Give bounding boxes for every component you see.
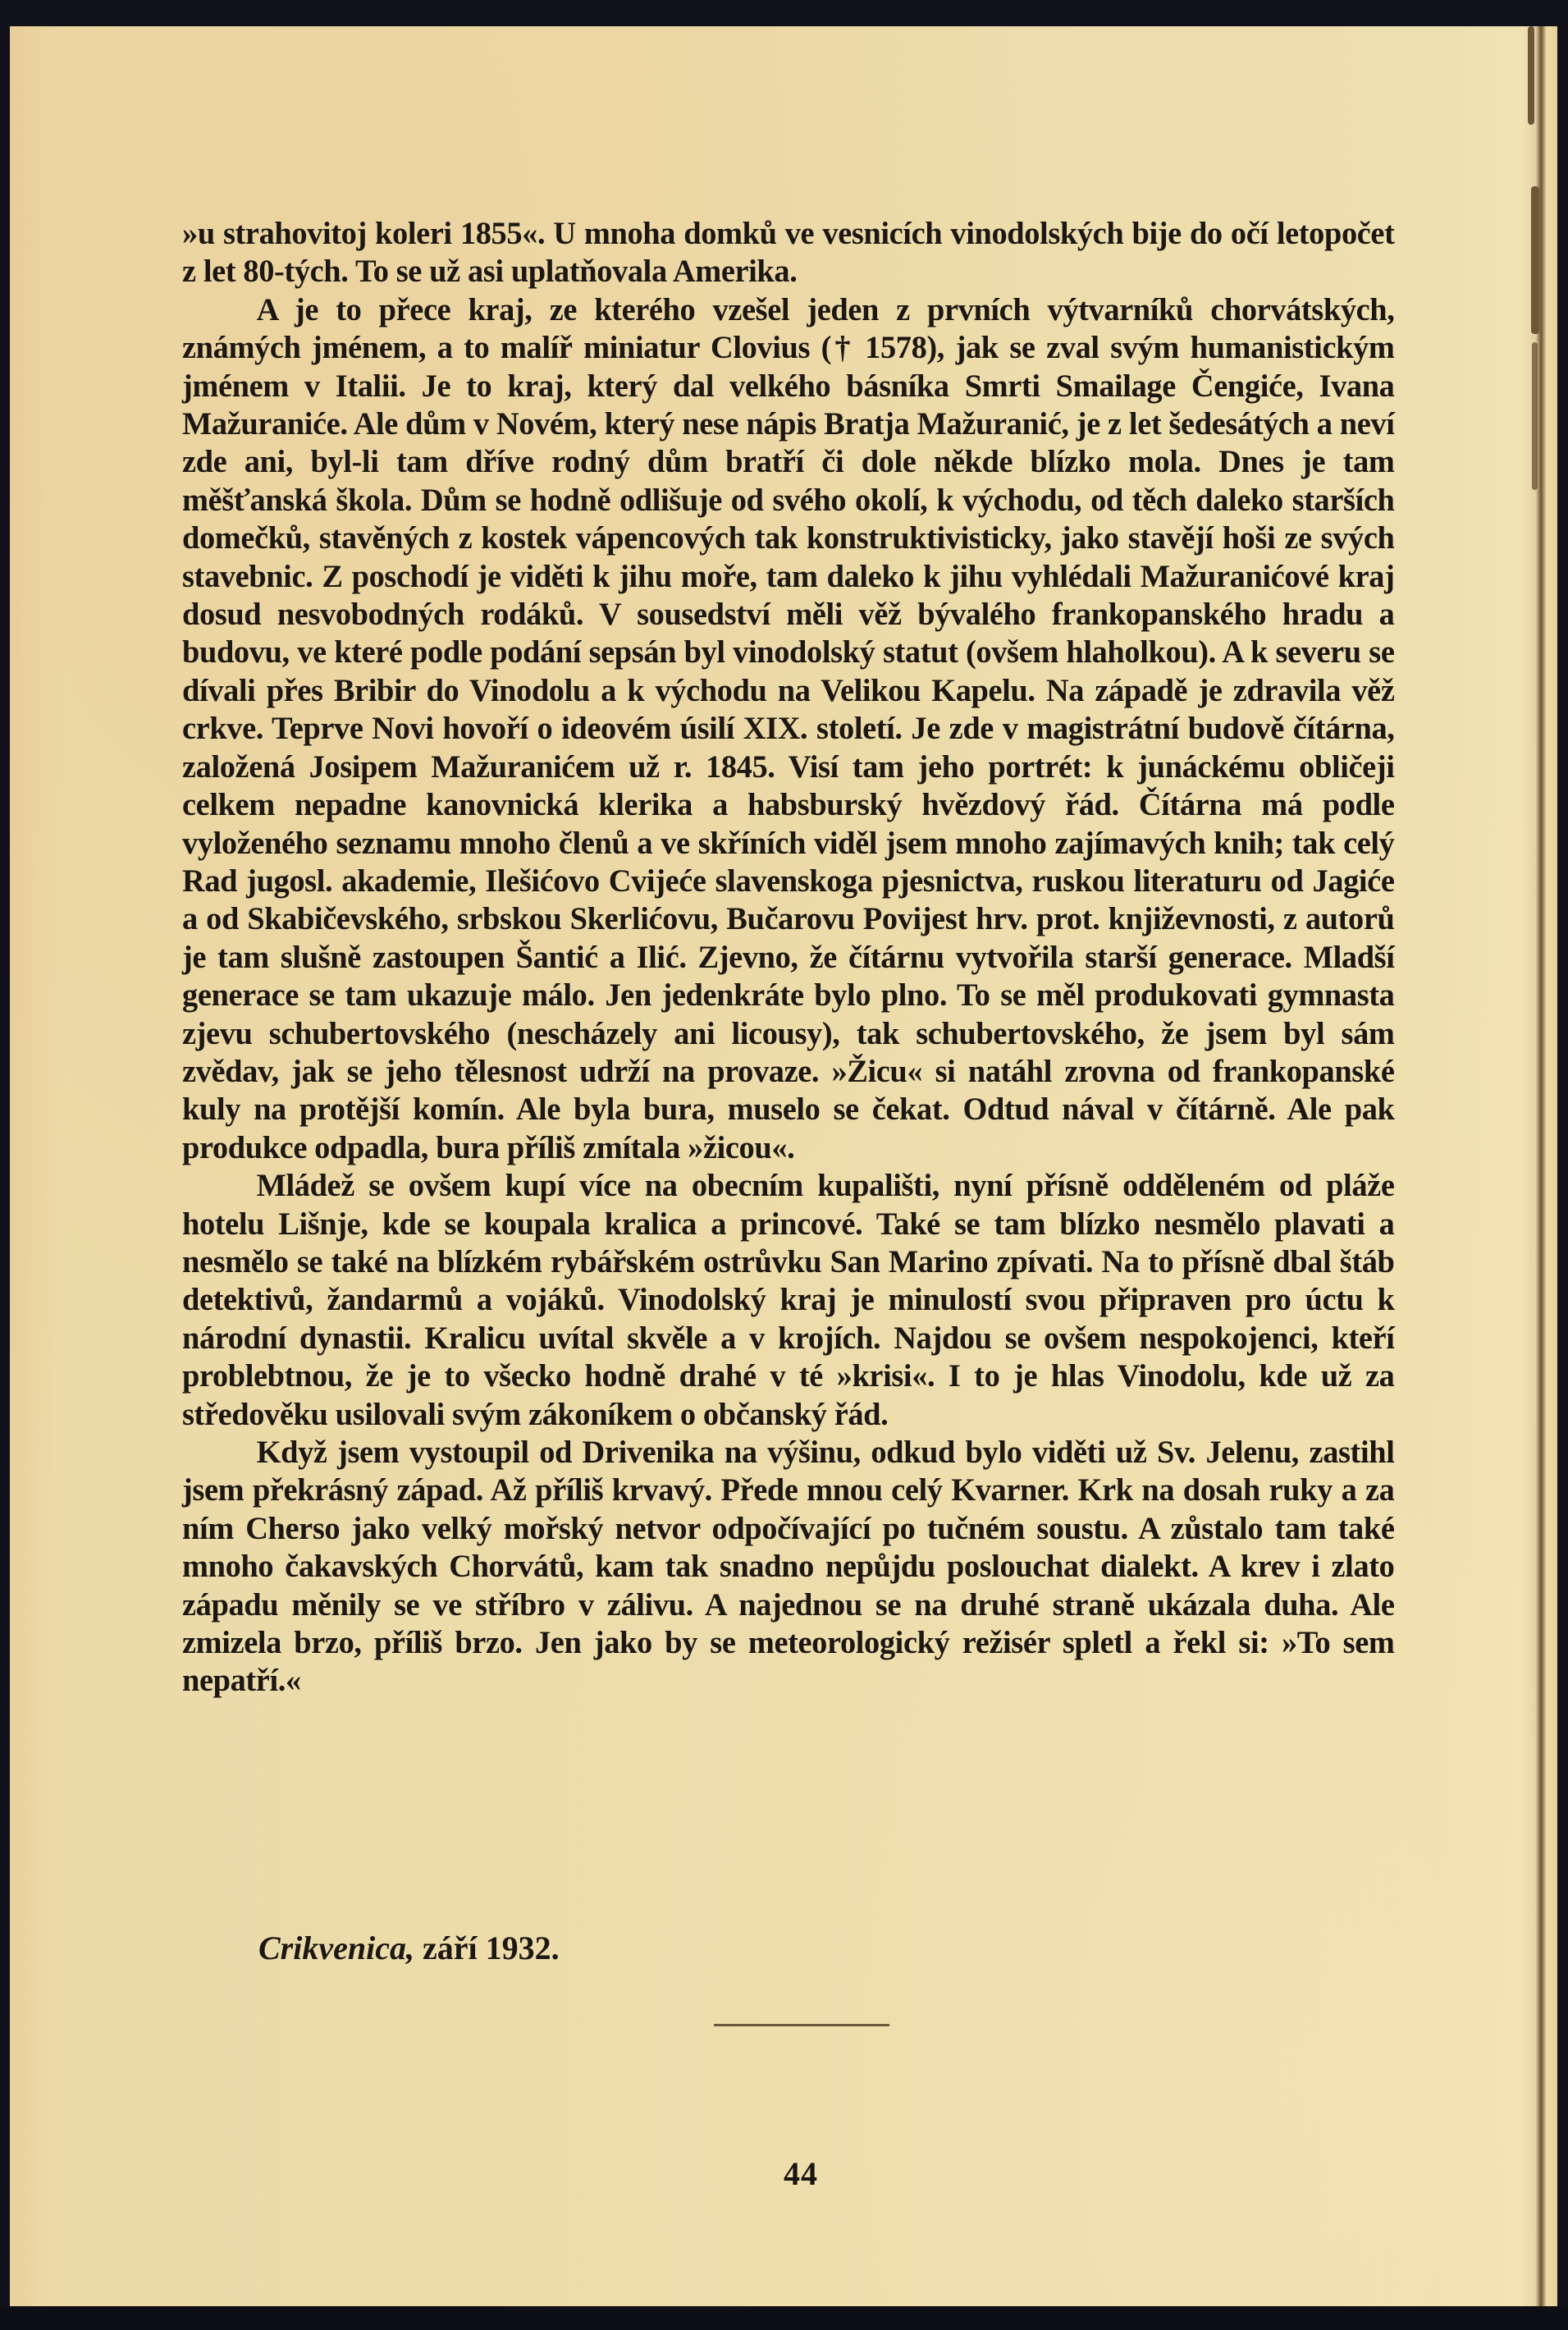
article-body: »u strahovitoj koleri 1855«. U mnoha dom… xyxy=(182,215,1395,1701)
paragraph: Když jsem vystoupil od Drivenika na výši… xyxy=(182,1434,1395,1701)
paragraph: Mládež se ovšem kupí více na obecním kup… xyxy=(182,1167,1395,1434)
page-edge-shadow xyxy=(1521,26,1557,2306)
paragraph: A je to přece kraj, ze kterého vzešel je… xyxy=(182,291,1395,1167)
page-edge-tear xyxy=(1531,186,1539,334)
dateline-date: září 1932. xyxy=(423,1929,560,1966)
paragraph: »u strahovitoj koleri 1855«. U mnoha dom… xyxy=(182,215,1395,291)
page-edge-tear xyxy=(1532,342,1538,490)
page-number: 44 xyxy=(784,2154,818,2193)
scan-bottom-border xyxy=(0,2306,1568,2330)
dateline-place: Crikvenica, xyxy=(258,1929,414,1966)
page-edge-tear xyxy=(1528,26,1534,125)
section-end-rule xyxy=(714,2024,889,2026)
dateline: Crikvenica, září 1932. xyxy=(258,1929,560,1967)
